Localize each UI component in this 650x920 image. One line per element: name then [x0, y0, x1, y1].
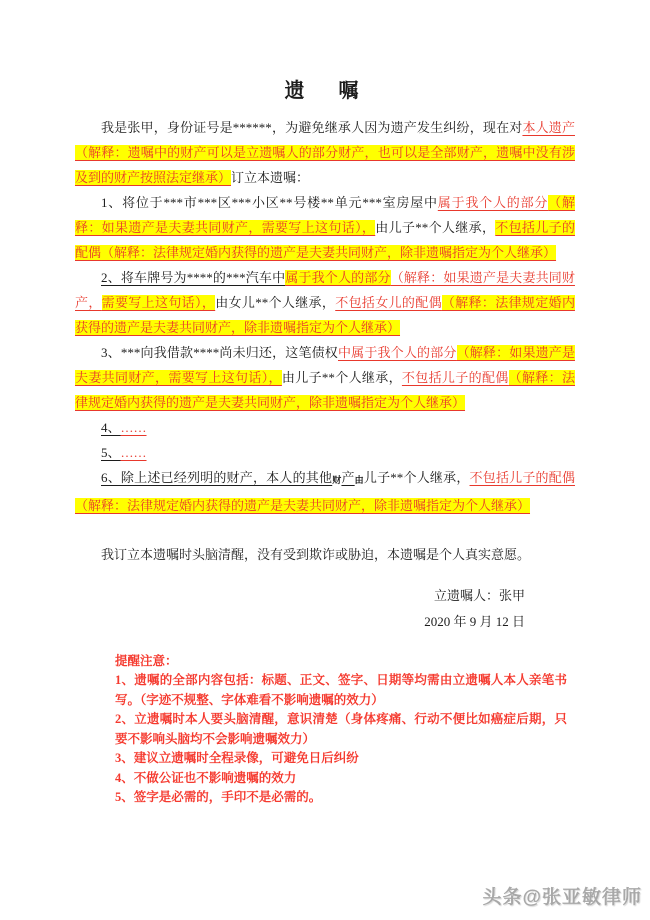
closing-paragraph: 我订立本遗嘱时头脑清醒，没有受到欺诈或胁迫，本遗嘱是个人真实意愿。 [75, 542, 575, 567]
text-run: （解释：法律规定婚内获得的遗产是夫妻共同财产，除非遗嘱指定为个人继承） [75, 498, 530, 513]
text-run: 需要写上这句话）， [102, 295, 216, 310]
text-run: 由儿子**个人继承， [375, 220, 495, 235]
text-run: 由 [355, 475, 364, 485]
text-run: （解释：法律规定婚内获得的遗产是夫妻共同财产，除非遗嘱指定为个人继承） [101, 245, 556, 260]
text-run: 2、将车牌号为****的***汽车中 [101, 270, 285, 285]
signature-block: 立遗嘱人：张甲 2020 年 9 月 12 日 [75, 583, 575, 635]
note-item: 4、不做公证也不影响遗嘱的效力 [115, 769, 567, 789]
text-run: 4、 [101, 420, 121, 435]
text-run: 本人遗产 [522, 120, 575, 135]
text-run: （解释：遗嘱中的财产可以是立遗嘱人的部分财产，也可以是全部财产，遗嘱中没有涉及到… [75, 145, 575, 185]
text-run: 属于我个人的部分 [438, 195, 548, 210]
text-run: 5、 [101, 445, 121, 460]
notes-list: 1、遗嘱的全部内容包括：标题、正文、签字、日期等均需由立遗嘱人本人亲笔书写。（字… [115, 671, 567, 808]
will-document-page: 遗 嘱 我是张甲，身份证号是******，为避免继承人因为遗产发生纠纷，现在对本… [0, 0, 650, 920]
intro-paragraph: 我是张甲，身份证号是******，为避免继承人因为遗产发生纠纷，现在对本人遗产（… [75, 115, 575, 190]
text-run: 我订立本遗嘱时头脑清醒，没有受到欺诈或胁迫，本遗嘱是个人真实意愿。 [101, 547, 530, 562]
text-run: 产 [341, 470, 354, 485]
text-run: 中属于我个人的部分 [338, 345, 457, 360]
will-item-2: 2、将车牌号为****的***汽车中属于我个人的部分（解释：如果遗产是夫妻共同财… [75, 265, 575, 340]
text-run: 1、将位于***市***区***小区**号楼**单元***室房屋中 [101, 195, 438, 210]
note-item: 3、建议立遗嘱时全程录像，可避免日后纠纷 [115, 749, 567, 769]
page-title: 遗 嘱 [75, 74, 575, 103]
text-run: 6、除上述已经列明的财产，本人的其他 [101, 470, 332, 485]
note-item: 2、立遗嘱时本人要头脑清醒，意识清楚（身体疼痛、行动不便比如癌症后期，只要不影响… [115, 710, 567, 749]
text-run: 儿子**个人继承， [364, 470, 470, 485]
notes-section: 提醒注意： 1、遗嘱的全部内容包括：标题、正文、签字、日期等均需由立遗嘱人本人亲… [115, 651, 567, 808]
text-run: 我是张甲，身份证号是******，为避免继承人因为遗产发生纠纷，现在对 [101, 120, 522, 135]
will-item-1: 1、将位于***市***区***小区**号楼**单元***室房屋中属于我个人的部… [75, 190, 575, 265]
will-item-5: 5、…… [75, 440, 575, 465]
watermark: 头条@张亚敏律师 [482, 882, 642, 909]
text-run: 订立本遗嘱： [231, 170, 309, 185]
text-run: 属于我个人的部分 [285, 270, 390, 285]
text-run: …… [121, 420, 147, 435]
will-item-3: 3、***向我借款****尚未归还，这笔债权中属于我个人的部分（解释：如果遗产是… [75, 340, 575, 415]
text-run: …… [121, 445, 147, 460]
note-item: 5、签字是必需的，手印不是必需的。 [115, 788, 567, 808]
testator-signature: 立遗嘱人：张甲 [75, 583, 575, 609]
text-run: 不包括儿子的配偶 [402, 370, 509, 385]
text-run: 由女儿**个人继承， [215, 295, 335, 310]
text-run: 不包括女儿的配偶 [335, 295, 442, 310]
document-body: 我是张甲，身份证号是******，为避免继承人因为遗产发生纠纷，现在对本人遗产（… [75, 115, 575, 567]
text-run: 由儿子**个人继承， [282, 370, 402, 385]
document-content: 遗 嘱 我是张甲，身份证号是******，为避免继承人因为遗产发生纠纷，现在对本… [75, 74, 575, 808]
text-run: 不包括儿子的配偶 [470, 470, 575, 485]
will-item-6: 6、除上述已经列明的财产，本人的其他财产由儿子**个人继承，不包括儿子的配偶（解… [75, 465, 575, 518]
notes-title: 提醒注意： [115, 651, 567, 671]
note-item: 1、遗嘱的全部内容包括：标题、正文、签字、日期等均需由立遗嘱人本人亲笔书写。（字… [115, 671, 567, 710]
text-run: 3、***向我借款****尚未归还，这笔债权 [101, 345, 338, 360]
signature-date: 2020 年 9 月 12 日 [75, 609, 575, 635]
will-item-4: 4、…… [75, 415, 575, 440]
